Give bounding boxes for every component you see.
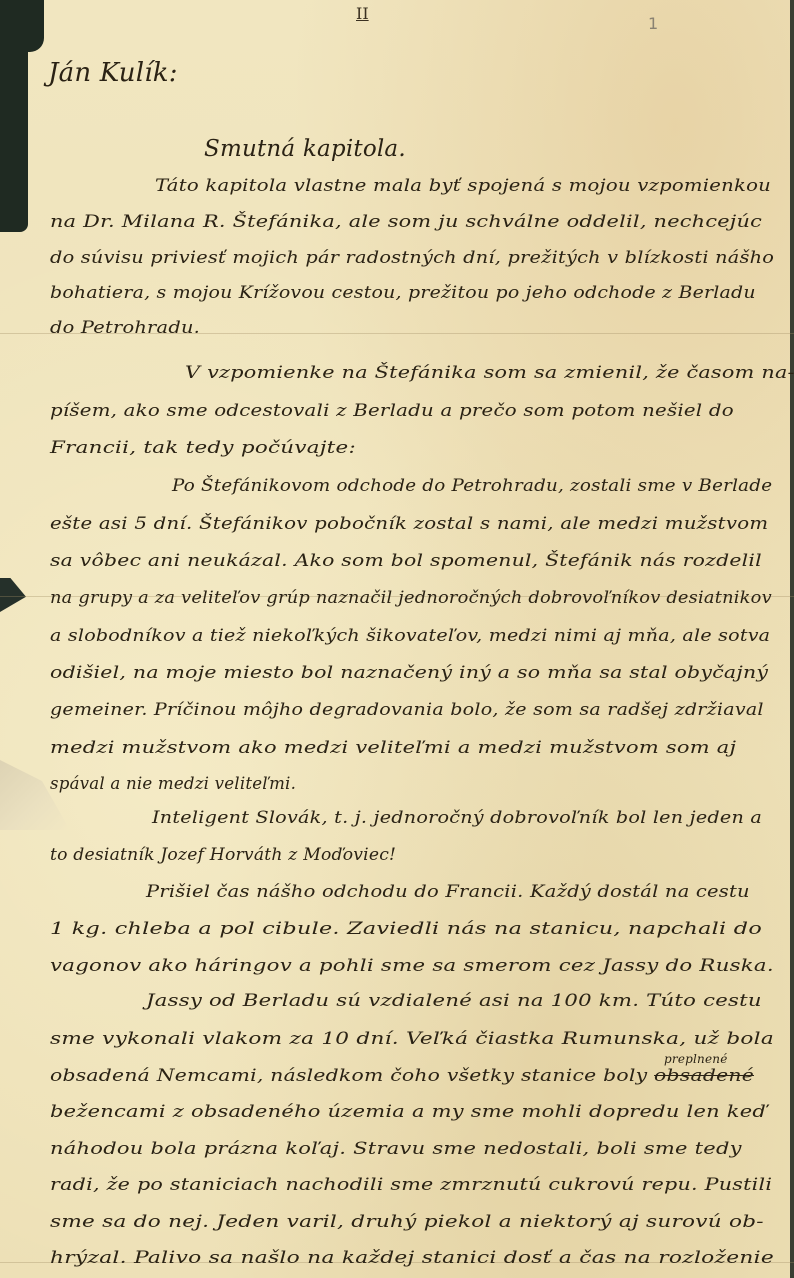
handwritten-line: V vzpomienke na Štefánika som sa zmienil…	[185, 365, 794, 382]
handwritten-line: Jassy od Berladu sú vzdialené asi na 100…	[146, 993, 762, 1010]
handwritten-line: náhodou bola prázna koľaj. Stravu sme ne…	[50, 1141, 742, 1158]
pencil-page-number: 1	[648, 14, 658, 33]
struck-word: obsadené	[654, 1066, 754, 1085]
dark-background-edge	[0, 578, 26, 612]
page-marker: II	[356, 4, 369, 23]
handwritten-line: 1 kg. chleba a pol cibule. Zaviedli nás …	[50, 921, 762, 938]
handwritten-line: to desiatník Jozef Horváth z Moďoviec!	[50, 847, 396, 864]
handwritten-line: medzi mužstvom ako medzi veliteľmi a med…	[50, 740, 736, 757]
handwritten-line: bohatiera, s mojou Krížovou cestou, prež…	[50, 285, 756, 302]
handwritten-line: radi, že po staniciach nachodili sme zmr…	[50, 1177, 772, 1194]
scanned-document-page: II 1 Ján Kulík: Smutná kapitola. Táto ka…	[0, 0, 794, 1278]
handwritten-line: Prišiel čas nášho odchodu do Francii. Ka…	[146, 884, 750, 901]
handwritten-line: píšem, ako sme odcestovali z Berladu a p…	[50, 403, 734, 420]
chapter-title: Smutná kapitola.	[204, 136, 406, 162]
handwritten-line: a slobodníkov a tiež niekoľkých šikovate…	[50, 628, 770, 645]
handwritten-line: gemeiner. Príčinou môjho degradovania bo…	[50, 702, 764, 719]
dark-background-edge	[0, 0, 44, 52]
handwritten-line: do Petrohradu.	[50, 320, 200, 337]
handwritten-line: sa vôbec ani neukázal. Ako som bol spome…	[50, 553, 762, 570]
author-heading: Ján Kulík:	[48, 58, 178, 88]
paper-tear	[0, 760, 70, 830]
handwritten-line: Inteligent Slovák, t. j. jednoročný dobr…	[152, 810, 762, 827]
handwritten-line: do súvisu priviesť mojich pár radostných…	[50, 250, 774, 267]
inserted-correction: preplnené	[664, 1052, 728, 1066]
handwritten-line: sme vykonali vlakom za 10 dní. Veľká čia…	[50, 1031, 774, 1048]
handwritten-line: Táto kapitola vlastne mala byť spojená s…	[155, 178, 771, 195]
handwritten-line: na grupy a za veliteľov grúp naznačil je…	[50, 590, 772, 607]
handwritten-line: hrýzal. Palivo sa našlo na každej stanic…	[50, 1250, 774, 1267]
handwritten-line: na Dr. Milana R. Štefánika, ale som ju s…	[50, 214, 762, 231]
handwritten-line: spával a nie medzi veliteľmi.	[50, 776, 296, 793]
handwritten-line: vagonov ako háringov a pohli sme sa smer…	[50, 958, 774, 975]
handwritten-line: ešte asi 5 dní. Štefánikov pobočník zost…	[50, 516, 768, 533]
handwritten-line: bežencami z obsadeného územia a my sme m…	[50, 1104, 766, 1121]
handwritten-line: sme sa do nej. Jeden varil, druhý piekol…	[50, 1214, 764, 1231]
handwritten-line: Po Štefánikovom odchode do Petrohradu, z…	[172, 478, 772, 495]
handwritten-line: Francii, tak tedy počúvajte:	[50, 440, 356, 457]
handwritten-line: odišiel, na moje miesto bol naznačený in…	[50, 665, 768, 682]
page-right-edge	[790, 0, 794, 1278]
handwritten-line: obsadená Nemcami, následkom čoho všetky …	[50, 1068, 754, 1085]
